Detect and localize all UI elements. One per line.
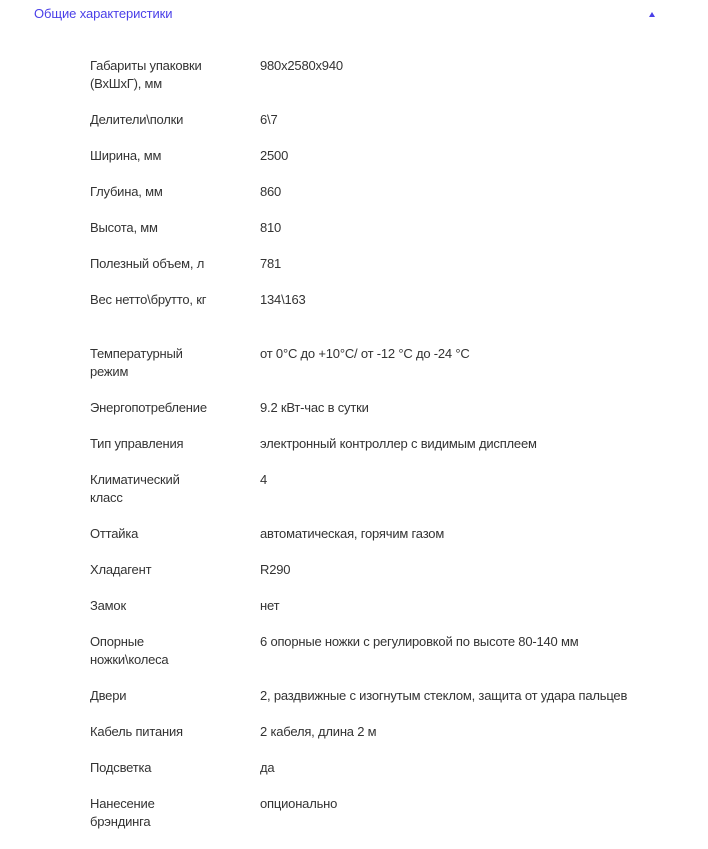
spec-label: Тип управления [90, 435, 260, 453]
spec-value: 2 кабеля, длина 2 м [260, 723, 690, 741]
section-title[interactable]: Общие характеристики [34, 6, 172, 21]
spec-row: Нанесение брэндингаопционально [90, 795, 690, 849]
spec-label: Габариты упаковки (ВхШхГ), мм [90, 57, 230, 93]
spec-row: Климатический класс4 [90, 471, 690, 525]
spec-label: Замок [90, 597, 260, 615]
spec-value: от 0°C до +10°C/ от -12 °C до -24 °C [260, 345, 690, 363]
spec-label: Оттайка [90, 525, 260, 543]
spec-value: 781 [260, 255, 690, 273]
spec-label: Кабель питания [90, 723, 260, 741]
spec-row: Делители\полки6\7 [90, 111, 690, 147]
spec-row: Двери2, раздвижные с изогнутым стеклом, … [90, 687, 690, 723]
spec-row: Тип управленияэлектронный контроллер с в… [90, 435, 690, 471]
spec-label: Температурный режим [90, 345, 210, 381]
spec-value: нет [260, 597, 690, 615]
spec-value: 980x2580x940 [260, 57, 690, 75]
spec-row: Глубина, мм860 [90, 183, 690, 219]
spec-label: Глубина, мм [90, 183, 260, 201]
spec-label: Ширина, мм [90, 147, 260, 165]
spec-label: Вес нетто\брутто, кг [90, 291, 210, 309]
spec-label: Хладагент [90, 561, 260, 579]
spec-value: да [260, 759, 690, 777]
spec-row: Оттайкаавтоматическая, горячим газом [90, 525, 690, 561]
caret-up-icon[interactable] [649, 12, 655, 17]
spec-label: Высота, мм [90, 219, 260, 237]
spec-label: Климатический класс [90, 471, 210, 507]
specs-table: Габариты упаковки (ВхШхГ), мм980x2580x94… [90, 57, 690, 849]
spec-label: Нанесение брэндинга [90, 795, 210, 831]
spec-value: 6\7 [260, 111, 690, 129]
spec-row: Опорные ножки\колеса6 опорные ножки с ре… [90, 633, 690, 687]
spec-row: Замокнет [90, 597, 690, 633]
spec-row: Подсветкада [90, 759, 690, 795]
spec-value: 2, раздвижные с изогнутым стеклом, защит… [260, 687, 690, 705]
spec-label: Полезный объем, л [90, 255, 260, 273]
spec-value: 9.2 кВт-час в сутки [260, 399, 690, 417]
spec-value: 810 [260, 219, 690, 237]
spec-row: Полезный объем, л781 [90, 255, 690, 291]
spec-value: опционально [260, 795, 690, 813]
spec-row: ХладагентR290 [90, 561, 690, 597]
spec-value: 2500 [260, 147, 690, 165]
spec-label: Двери [90, 687, 260, 705]
spec-row: Кабель питания2 кабеля, длина 2 м [90, 723, 690, 759]
spec-label: Опорные ножки\колеса [90, 633, 210, 669]
spec-value: 134\163 [260, 291, 690, 309]
spec-row: Ширина, мм2500 [90, 147, 690, 183]
spec-value: 4 [260, 471, 690, 489]
spec-row: Энергопотребление9.2 кВт-час в сутки [90, 399, 690, 435]
section-header-general[interactable]: Общие характеристики [0, 0, 708, 28]
spec-row: Высота, мм810 [90, 219, 690, 255]
spec-row: Габариты упаковки (ВхШхГ), мм980x2580x94… [90, 57, 690, 111]
spec-value: электронный контроллер с видимым дисплее… [260, 435, 690, 453]
spec-label: Подсветка [90, 759, 260, 777]
spec-value: 860 [260, 183, 690, 201]
spec-label: Энергопотребление [90, 399, 260, 417]
spec-row: Вес нетто\брутто, кг134\163 [90, 291, 690, 345]
spec-value: R290 [260, 561, 690, 579]
spec-row: Температурный режимот 0°C до +10°C/ от -… [90, 345, 690, 399]
spec-value: 6 опорные ножки с регулировкой по высоте… [260, 633, 690, 651]
spec-label: Делители\полки [90, 111, 260, 129]
spec-value: автоматическая, горячим газом [260, 525, 690, 543]
